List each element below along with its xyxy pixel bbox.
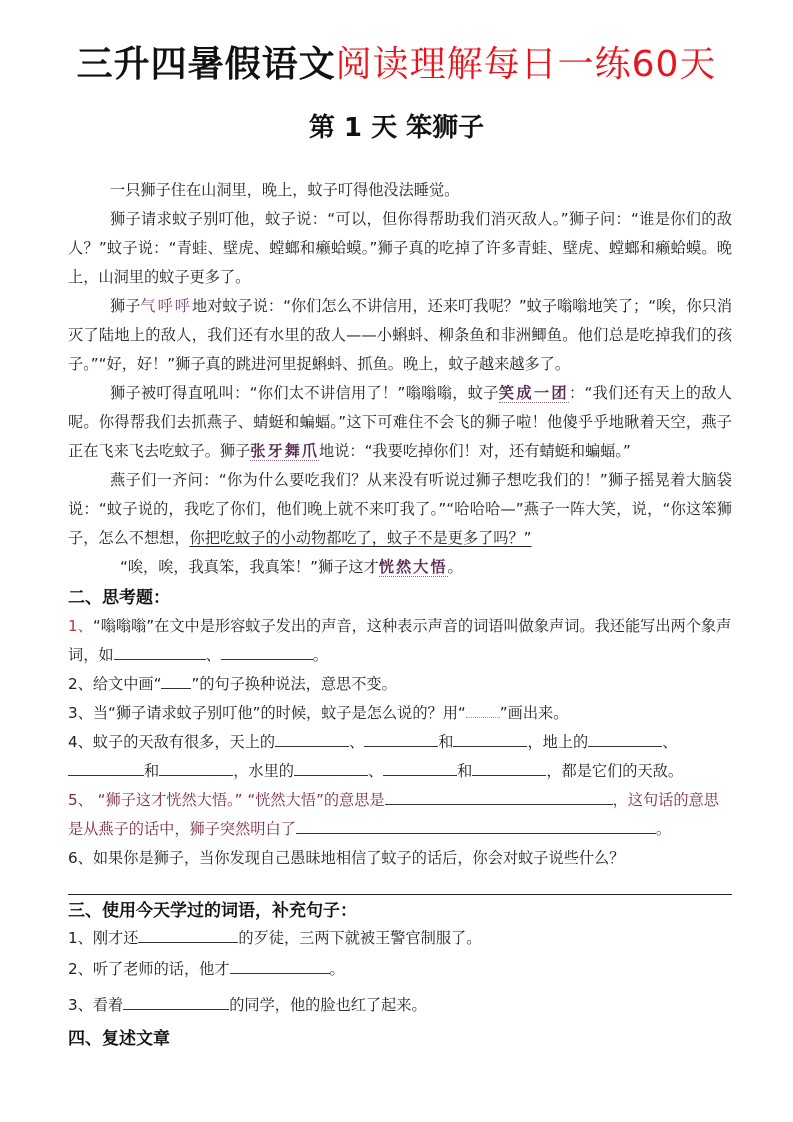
highlighted-word-huangrandawu: 恍然大悟 — [379, 558, 448, 577]
question-4: 4、蚊子的天敌有很多，天上的、和，地上的、和，水里的、和，都是它们的天敌。 — [68, 728, 732, 786]
text: 、 — [368, 762, 383, 780]
text: 狮子 — [110, 297, 140, 315]
question-6: 6、如果你是狮子，当你发现自己愚昧地相信了蚊子的话后，你会对蚊子说些什么？ — [68, 844, 732, 873]
story-paragraph-4: 狮子被叮得直吼叫：“你们太不讲信用了！”嗡嗡嗡，蚊子笑成一团：“我们还有天上的敌… — [68, 379, 732, 466]
highlighted-word-qihuhu: 气呼呼 — [140, 297, 192, 315]
text: 2、听了老师的话，他才 — [68, 960, 230, 978]
text: 1、刚才还 — [68, 929, 138, 947]
story-paragraph-5: 燕子们一齐问：“你为什么要吃我们？从来没有听说过狮子想吃我们的！”狮子摇晃着大脑… — [68, 466, 732, 553]
sentence-2: 2、听了老师的话，他才。 — [68, 951, 732, 987]
answer-blank[interactable] — [114, 643, 206, 660]
text: 2、给文中画“ — [68, 675, 161, 693]
answer-blank[interactable] — [159, 759, 233, 776]
answer-blank[interactable] — [138, 926, 238, 943]
text: 。 — [313, 646, 328, 664]
story-paragraph-6: “唉，唉，我真笨，我真笨！”狮子这才恍然大悟。 — [68, 553, 732, 582]
answer-blank[interactable] — [123, 993, 229, 1010]
answer-blank[interactable] — [275, 730, 349, 747]
text: ，都是它们的天敌。 — [546, 762, 683, 780]
question-5: 5、 “狮子这才恍然大悟。” “恍然大悟”的意思是，这句话的意思是从燕子的话中，… — [68, 786, 732, 844]
question-number: 1、 — [68, 617, 93, 635]
answer-blank[interactable] — [453, 730, 527, 747]
text: 。 — [330, 960, 345, 978]
story-text: 一只狮子住在山洞里，晚上，蚊子叮得他没法睡觉。 狮子请求蚊子别叮他，蚊子说：“可… — [68, 176, 732, 582]
section-fill-sentences: 三、使用今天学过的词语，补充句子： 1、刚才还的歹徒，三两下就被王警官制服了。 … — [68, 897, 732, 1053]
lesson-title: 第 1 天 笨狮子 — [0, 108, 793, 148]
dotted-underline-sample — [466, 703, 500, 718]
text: 4、蚊子的天敌有很多，天上的 — [68, 733, 275, 751]
title-red-part: 阅读理解每日一练60天 — [336, 44, 717, 85]
question-1: 1、“嗡嗡嗡”在文中是形容蚊子发出的声音，这种表示声音的词语叫做象声词。我还能写… — [68, 612, 732, 670]
highlighted-word-zhangyawuzhua: 张牙舞爪 — [250, 442, 319, 461]
question-2: 2、给文中画“”的句子换种说法，意思不变。 — [68, 670, 732, 699]
answer-blank[interactable] — [383, 759, 457, 776]
answer-blank[interactable] — [364, 730, 438, 747]
underline-sample — [161, 672, 191, 689]
section-thinking-questions: 二、思考题： 1、“嗡嗡嗡”在文中是形容蚊子发出的声音，这种表示声音的词语叫做象… — [68, 584, 732, 895]
answer-line[interactable] — [68, 893, 732, 895]
answer-blank[interactable] — [296, 817, 656, 834]
section-2-heading: 二、思考题： — [68, 584, 732, 612]
answer-blank[interactable] — [588, 730, 662, 747]
highlighted-word-xiaochengyituan: 笑成一团 — [499, 384, 569, 403]
answer-blank[interactable] — [68, 759, 144, 776]
sentence-1: 1、刚才还的歹徒，三两下就被王警官制服了。 — [68, 925, 732, 951]
text: “唉，唉，我真笨，我真笨！”狮子这才 — [120, 558, 379, 576]
answer-blank[interactable] — [385, 788, 613, 805]
title-black-part: 三升四暑假语文 — [77, 43, 336, 85]
text: ，地上的 — [527, 733, 588, 751]
text: 。 — [448, 558, 463, 576]
answer-blank[interactable] — [472, 759, 546, 776]
text: 5、 “狮子这才恍然大悟。” “恍然大悟”的意思是 — [68, 791, 385, 809]
text: 狮子被叮得直吼叫：“你们太不讲信用了！”嗡嗡嗡，蚊子 — [110, 384, 499, 402]
worksheet-title: 三升四暑假语文阅读理解每日一练60天 — [0, 38, 793, 91]
underlined-sentence: 你把吃蚊子的小动物都吃了，蚊子不是更多了吗？” — [190, 529, 532, 547]
text: 的同学，他的脸也红了起来。 — [229, 996, 426, 1014]
worksheet-page: 三升四暑假语文阅读理解每日一练60天 第 1 天 笨狮子 一只狮子住在山洞里，晚… — [0, 0, 793, 1122]
sentence-3: 3、看着的同学，他的脸也红了起来。 — [68, 987, 732, 1023]
text: 、 — [662, 733, 677, 751]
section-4-heading: 四、复述文章 — [68, 1025, 732, 1053]
text: ，水里的 — [233, 762, 294, 780]
text: 地说：“我要吃掉你们！对，还有蜻蜓和蝙蝠。” — [319, 442, 631, 460]
answer-blank[interactable] — [294, 759, 368, 776]
answer-blank[interactable] — [221, 643, 313, 660]
text: 和 — [144, 762, 159, 780]
section-3-heading: 三、使用今天学过的词语，补充句子： — [68, 897, 732, 925]
story-paragraph-3: 狮子气呼呼地对蚊子说：“你们怎么不讲信用，还来叮我呢？”蚊子嗡嗡地笑了；“唉，你… — [68, 292, 732, 379]
text: 3、看着 — [68, 996, 123, 1014]
text: 3、当“狮子请求蚊子别叮他”的时候，蚊子是怎么说的？用“ — [68, 704, 466, 722]
text: 、 — [349, 733, 364, 751]
text: 和 — [438, 733, 453, 751]
question-3: 3、当“狮子请求蚊子别叮他”的时候，蚊子是怎么说的？用“”画出来。 — [68, 699, 732, 728]
text: 、 — [206, 646, 221, 664]
text: 和 — [457, 762, 472, 780]
text: 的歹徒，三两下就被王警官制服了。 — [238, 929, 481, 947]
answer-blank[interactable] — [230, 957, 330, 974]
text: ”的句子换种说法，意思不变。 — [191, 675, 396, 693]
story-paragraph-2: 狮子请求蚊子别叮他，蚊子说：“可以，但你得帮助我们消灭敌人。”狮子问：“谁是你们… — [68, 205, 732, 292]
text: ”画出来。 — [500, 704, 569, 722]
story-paragraph-1: 一只狮子住在山洞里，晚上，蚊子叮得他没法睡觉。 — [68, 176, 732, 205]
text: 。 — [656, 820, 671, 838]
